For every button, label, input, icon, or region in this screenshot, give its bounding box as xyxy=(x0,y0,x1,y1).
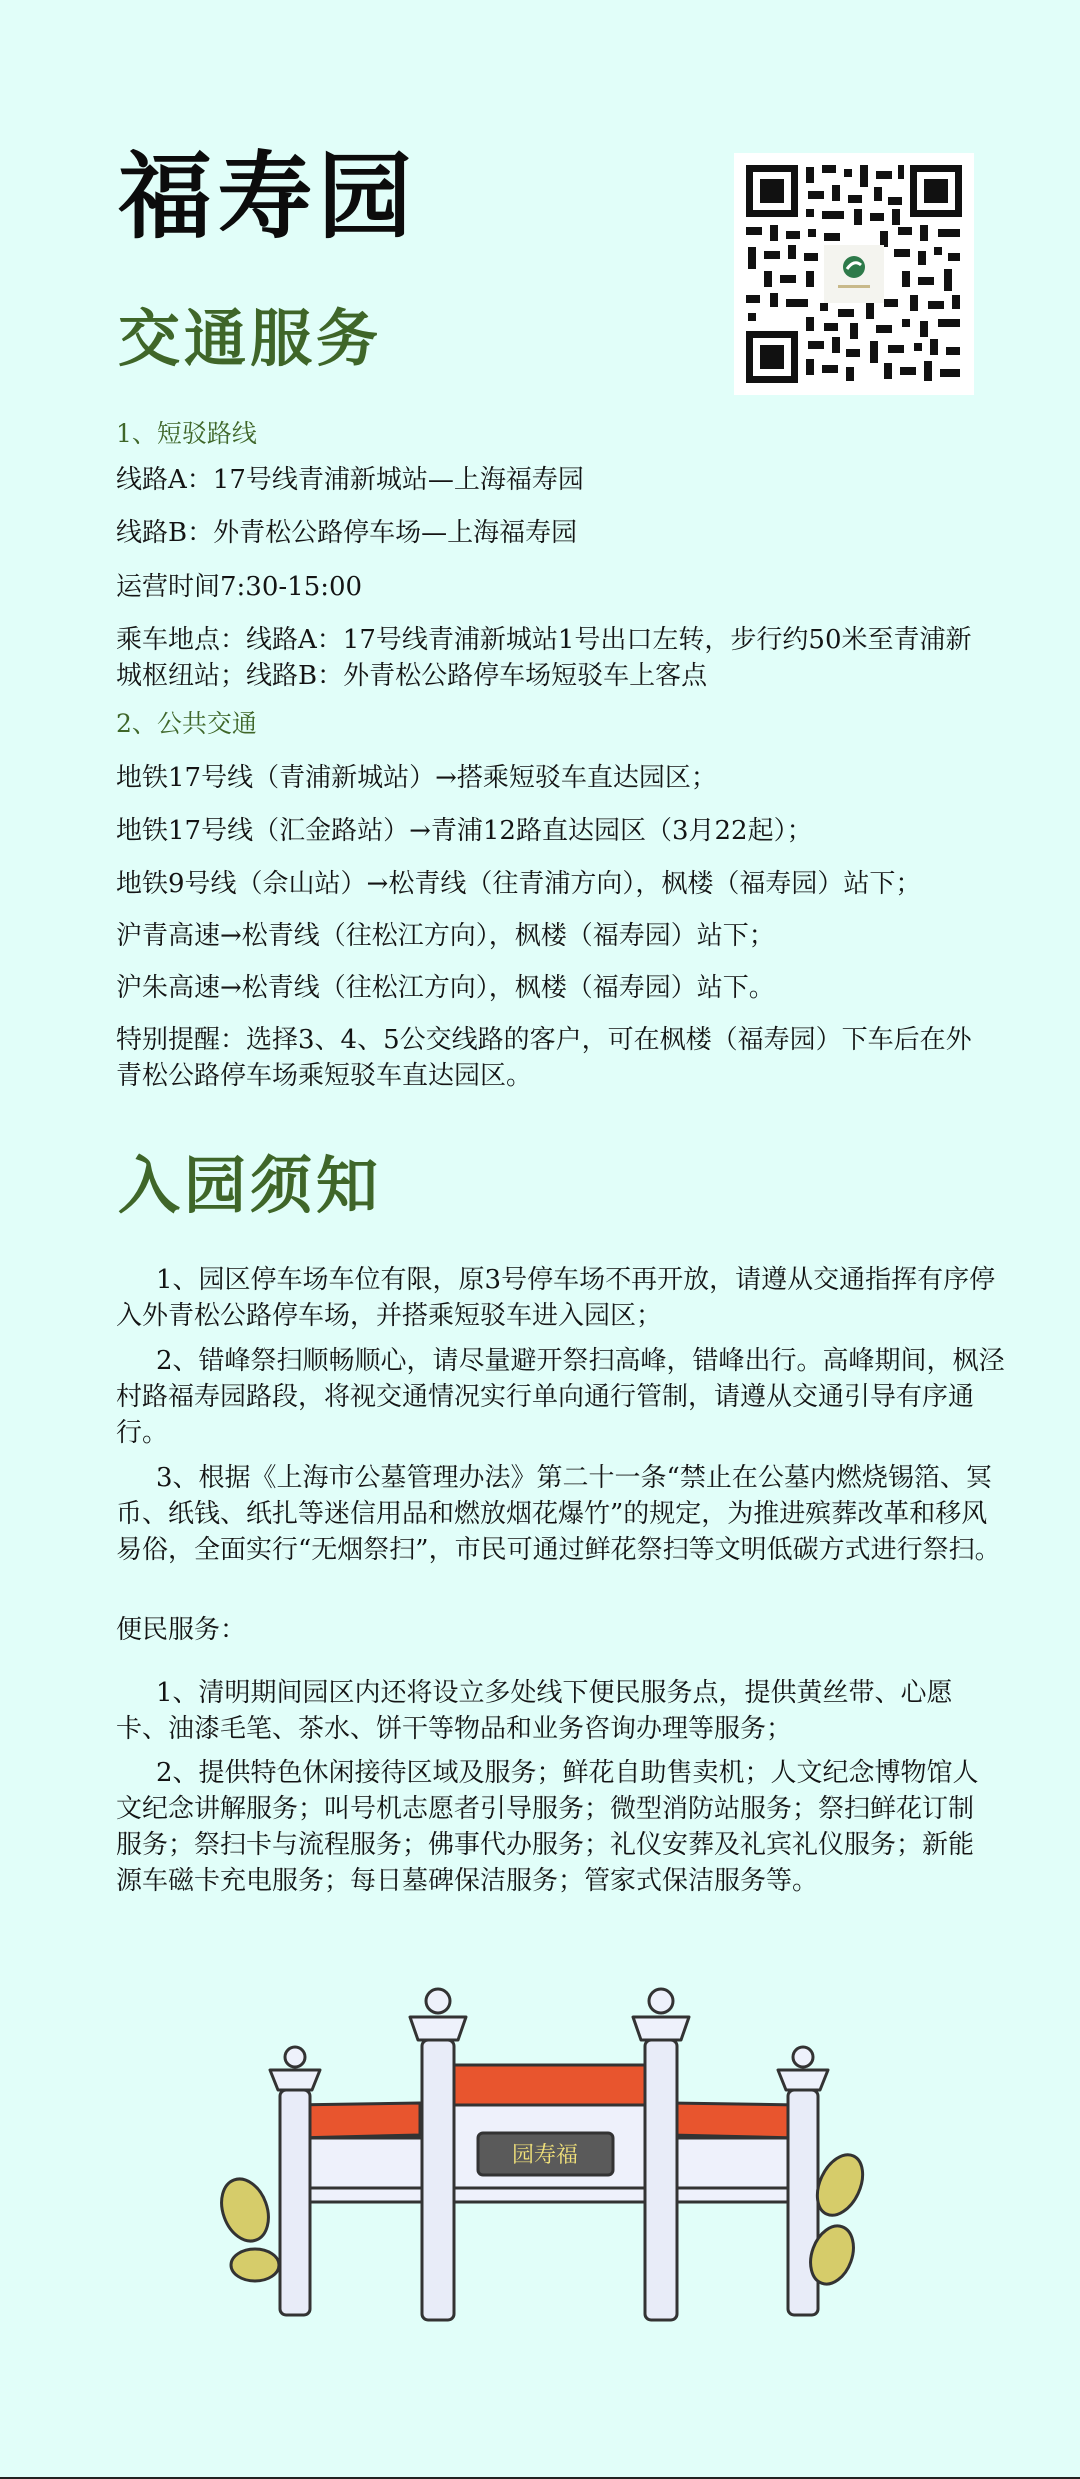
shuttle-heading: 1、短驳路线 xyxy=(116,421,257,446)
special-reminder: 特别提醒：选择3、4、5公交线路的客户，可在枫楼（福寿园）下车后在外青松公路停车… xyxy=(116,1022,986,1094)
section-title-entry: 入园须知 xyxy=(118,1155,382,1217)
services-heading: 便民服务： xyxy=(116,1612,996,1648)
qr-code-icon xyxy=(734,153,974,395)
public-transport-item: 地铁17号线（汇金路站）→青浦12路直达园区（3月22起）； xyxy=(116,813,996,849)
shuttle-route-a: 线路A：17号线青浦新城站—上海福寿园 xyxy=(116,462,996,498)
shuttle-route-b: 线路B：外青松公路停车场—上海福寿园 xyxy=(116,515,996,551)
public-transport-heading: 2、公共交通 xyxy=(116,711,257,736)
page: 福寿园 xyxy=(0,0,1080,2479)
entry-notice-item: 2、错峰祭扫顺畅顺心，请尽量避开祭扫高峰，错峰出行。高峰期间，枫泾村路福寿园路段… xyxy=(116,1343,1006,1451)
section-title-transport: 交通服务 xyxy=(118,308,382,370)
public-transport-item: 地铁9号线（佘山站）→松青线（往青浦方向），枫楼（福寿园）站下； xyxy=(116,866,996,902)
public-transport-item: 沪青高速→松青线（往松江方向），枫楼（福寿园）站下； xyxy=(116,918,996,954)
service-item: 1、清明期间园区内还将设立多处线下便民服务点，提供黄丝带、心愿卡、油漆毛笔、茶水… xyxy=(116,1675,996,1747)
public-transport-item: 沪朱高速→松青线（往松江方向），枫楼（福寿园）站下。 xyxy=(116,970,996,1006)
page-title: 福寿园 xyxy=(118,150,418,244)
plaque-text: 园寿福 xyxy=(512,2143,578,2168)
qr-code[interactable] xyxy=(734,153,974,395)
archway-illustration: 园寿福 xyxy=(200,1955,900,2325)
public-transport-item: 地铁17号线（青浦新城站）→搭乘短驳车直达园区； xyxy=(116,760,996,796)
service-item: 2、提供特色休闲接待区域及服务；鲜花自助售卖机；人文纪念博物馆人文纪念讲解服务；… xyxy=(116,1755,996,1899)
entry-notice-item: 1、园区停车场车位有限，原3号停车场不再开放，请遵从交通指挥有序停入外青松公路停… xyxy=(116,1262,1006,1334)
shuttle-boarding: 乘车地点：线路A：17号线青浦新城站1号出口左转，步行约50米至青浦新城枢纽站；… xyxy=(116,622,986,694)
shuttle-hours: 运营时间7:30-15:00 xyxy=(116,569,996,605)
entry-notice-item: 3、根据《上海市公墓管理办法》第二十一条“禁止在公墓内燃烧锡箔、冥币、纸钱、纸扎… xyxy=(116,1460,1006,1568)
archway-icon: 园寿福 xyxy=(200,1955,900,2325)
